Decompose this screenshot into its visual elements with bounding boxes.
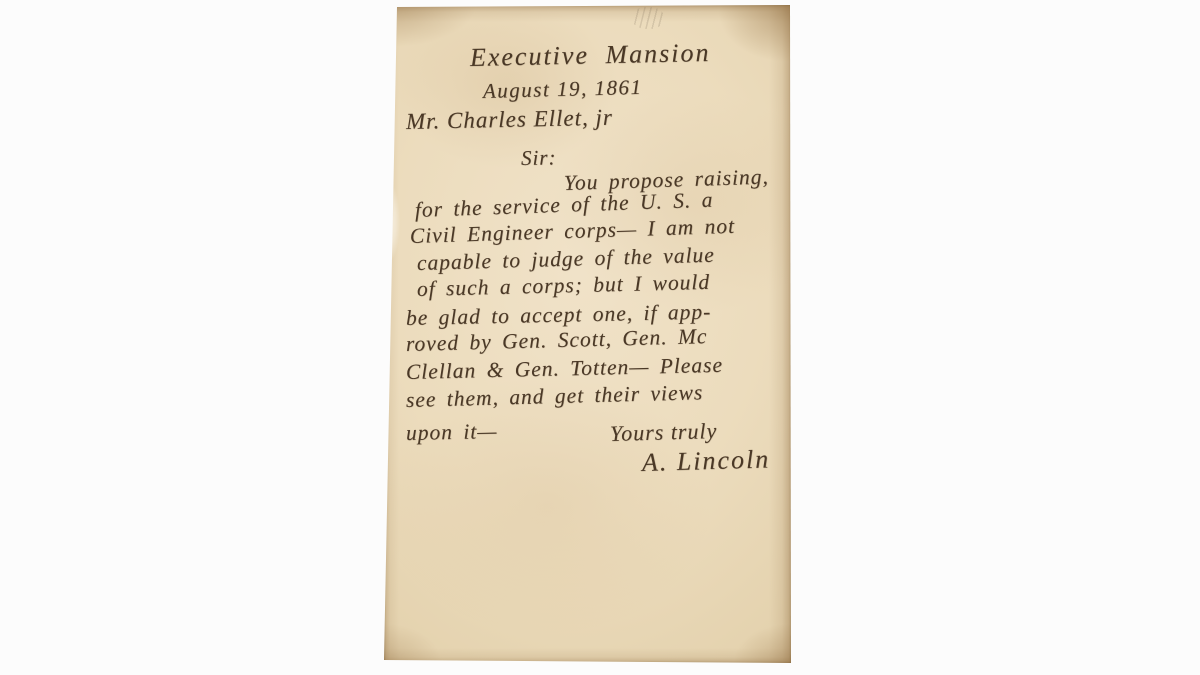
- letter-heading-place: Executive Mansion: [470, 38, 711, 73]
- letter-closing: Yours truly: [610, 418, 718, 447]
- letter-heading-date: August 19, 1861: [483, 75, 643, 104]
- paper-blemish: [380, 183, 400, 261]
- letter-signature: A. Lincoln: [641, 444, 770, 478]
- letter-paper: Executive Mansion August 19, 1861 Mr. Ch…: [384, 5, 791, 663]
- pencil-smudge: [632, 7, 664, 29]
- letter-body-line: upon it—: [406, 419, 498, 446]
- photo-background: Executive Mansion August 19, 1861 Mr. Ch…: [0, 0, 1200, 675]
- letter-recipient: Mr. Charles Ellet, jr: [406, 105, 613, 135]
- letter-salutation: Sir:: [521, 145, 557, 171]
